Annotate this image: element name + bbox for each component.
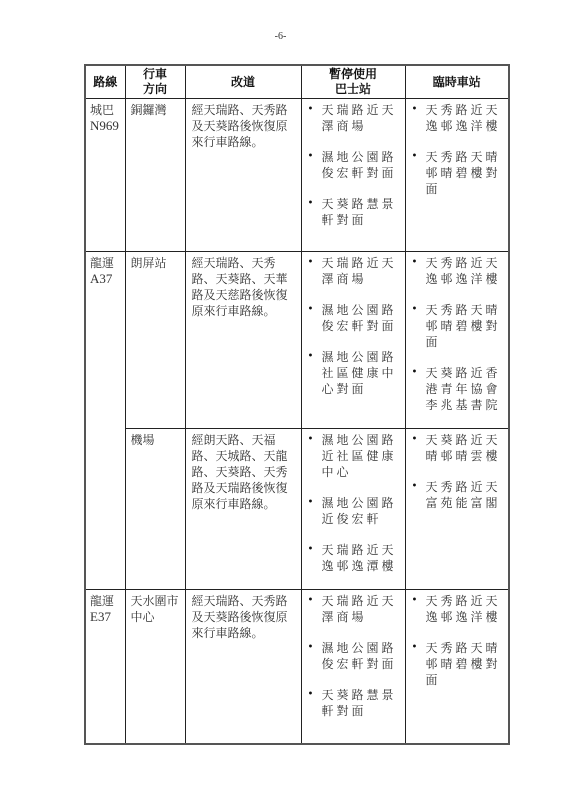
bullet-icon: • — [308, 196, 314, 212]
bullet-icon: • — [412, 149, 418, 165]
route-operator: 龍運 — [90, 593, 125, 609]
bullet-icon: • — [308, 255, 314, 271]
bullet-icon: • — [308, 640, 314, 656]
route-cell: 龍運 A37 — [85, 252, 125, 590]
list-item: •濕地公園路俊宏軒對面 — [306, 640, 402, 672]
bullet-icon: • — [412, 479, 418, 495]
bullet-icon: • — [308, 302, 314, 318]
bullet-icon: • — [412, 432, 418, 448]
bullet-icon: • — [308, 593, 314, 609]
list-item: •天秀路近天逸邨逸洋樓 — [410, 593, 506, 625]
list-item: •天瑞路近天逸邨逸潭樓 — [306, 542, 402, 574]
route-code: E37 — [90, 609, 125, 625]
temporary-stops-cell: •天秀路近天逸邨逸洋樓 •天秀路天晴邨晴碧樓對面 •天葵路近香港青年協會李兆基書… — [405, 252, 509, 429]
list-item: •天葵路近香港青年協會李兆基書院 — [410, 365, 506, 413]
list-item: •濕地公園路近社區健康中心 — [306, 432, 402, 480]
list-item: •濕地公園路俊宏軒對面 — [306, 302, 402, 334]
header-temporary-stops: 臨時車站 — [405, 65, 509, 99]
list-item: •天秀路近天逸邨逸洋樓 — [410, 102, 506, 134]
list-item: •天秀路天晴邨晴碧樓對面 — [410, 149, 506, 197]
suspended-stops-cell: •天瑞路近天澤商場 •濕地公園路俊宏軒對面 •濕地公園路社區健康中心對面 — [301, 252, 405, 429]
suspended-stops-cell: •濕地公園路近社區健康中心 •濕地公園路近俊宏軒 •天瑞路近天逸邨逸潭樓 — [301, 429, 405, 590]
suspended-stops-cell: •天瑞路近天澤商場 •濕地公園路俊宏軒對面 •天葵路慧景軒對面 — [301, 590, 405, 745]
diversion-cell: 經朗天路、天福路、天城路、天龍路、天葵路、天秀路及天瑞路後恢復原來行車路線。 — [185, 429, 301, 590]
list-item: •濕地公園路社區健康中心對面 — [306, 349, 402, 397]
route-diversion-table: 路線 行車 方向 改道 暫停使用 巴士站 臨時車站 城巴 N969 銅鑼灣 經天… — [84, 64, 510, 745]
list-item: •天葵路慧景軒對面 — [306, 196, 402, 228]
list-item: •天瑞路近天澤商場 — [306, 593, 402, 625]
page-number: -6- — [0, 31, 561, 42]
list-item: •天瑞路近天澤商場 — [306, 255, 402, 287]
route-code: A37 — [90, 271, 125, 287]
bullet-icon: • — [308, 495, 314, 511]
bullet-icon: • — [412, 102, 418, 118]
table-row: 機場 經朗天路、天福路、天城路、天龍路、天葵路、天秀路及天瑞路後恢復原來行車路線… — [85, 429, 509, 590]
header-route: 路線 — [85, 65, 125, 99]
bullet-icon: • — [412, 640, 418, 656]
bullet-icon: • — [412, 365, 418, 381]
temporary-stops-cell: •天葵路近天晴邨晴雲樓 •天秀路近天富苑能富閣 — [405, 429, 509, 590]
diversion-cell: 經天瑞路、天秀路及天葵路後恢復原來行車路線。 — [185, 590, 301, 745]
list-item: •天秀路近天逸邨逸洋樓 — [410, 255, 506, 287]
direction-cell: 機場 — [125, 429, 185, 590]
list-item: •天瑞路近天澤商場 — [306, 102, 402, 134]
bullet-icon: • — [412, 302, 418, 318]
table-row: 城巴 N969 銅鑼灣 經天瑞路、天秀路及天葵路後恢復原來行車路線。 •天瑞路近… — [85, 99, 509, 252]
list-item: •濕地公園路俊宏軒對面 — [306, 149, 402, 181]
route-cell: 龍運 E37 — [85, 590, 125, 745]
direction-cell: 朗屏站 — [125, 252, 185, 429]
route-operator: 龍運 — [90, 255, 125, 271]
diversion-cell: 經天瑞路、天秀路、天葵路、天華路及天慈路後恢復原來行車路線。 — [185, 252, 301, 429]
route-operator: 城巴 — [90, 102, 125, 118]
route-code: N969 — [90, 118, 125, 134]
bullet-icon: • — [412, 255, 418, 271]
list-item: •濕地公園路近俊宏軒 — [306, 495, 402, 527]
header-direction: 行車 方向 — [125, 65, 185, 99]
list-item: •天葵路近天晴邨晴雲樓 — [410, 432, 506, 464]
bullet-icon: • — [308, 349, 314, 365]
bullet-icon: • — [308, 687, 314, 703]
bullet-icon: • — [308, 542, 314, 558]
bullet-icon: • — [308, 102, 314, 118]
direction-cell: 天水圍市中心 — [125, 590, 185, 745]
temporary-stops-cell: •天秀路近天逸邨逸洋樓 •天秀路天晴邨晴碧樓對面 — [405, 99, 509, 252]
list-item: •天秀路天晴邨晴碧樓對面 — [410, 302, 506, 350]
list-item: •天葵路慧景軒對面 — [306, 687, 402, 719]
direction-cell: 銅鑼灣 — [125, 99, 185, 252]
route-cell: 城巴 N969 — [85, 99, 125, 252]
header-suspended-stops: 暫停使用 巴士站 — [301, 65, 405, 99]
list-item: •天秀路近天富苑能富閣 — [410, 479, 506, 511]
diversion-cell: 經天瑞路、天秀路及天葵路後恢復原來行車路線。 — [185, 99, 301, 252]
bullet-icon: • — [308, 432, 314, 448]
header-diversion: 改道 — [185, 65, 301, 99]
bullet-icon: • — [412, 593, 418, 609]
table-row: 龍運 A37 朗屏站 經天瑞路、天秀路、天葵路、天華路及天慈路後恢復原來行車路線… — [85, 252, 509, 429]
temporary-stops-cell: •天秀路近天逸邨逸洋樓 •天秀路天晴邨晴碧樓對面 — [405, 590, 509, 745]
table-header-row: 路線 行車 方向 改道 暫停使用 巴士站 臨時車站 — [85, 65, 509, 99]
list-item: •天秀路天晴邨晴碧樓對面 — [410, 640, 506, 688]
bullet-icon: • — [308, 149, 314, 165]
table-row: 龍運 E37 天水圍市中心 經天瑞路、天秀路及天葵路後恢復原來行車路線。 •天瑞… — [85, 590, 509, 745]
suspended-stops-cell: •天瑞路近天澤商場 •濕地公園路俊宏軒對面 •天葵路慧景軒對面 — [301, 99, 405, 252]
